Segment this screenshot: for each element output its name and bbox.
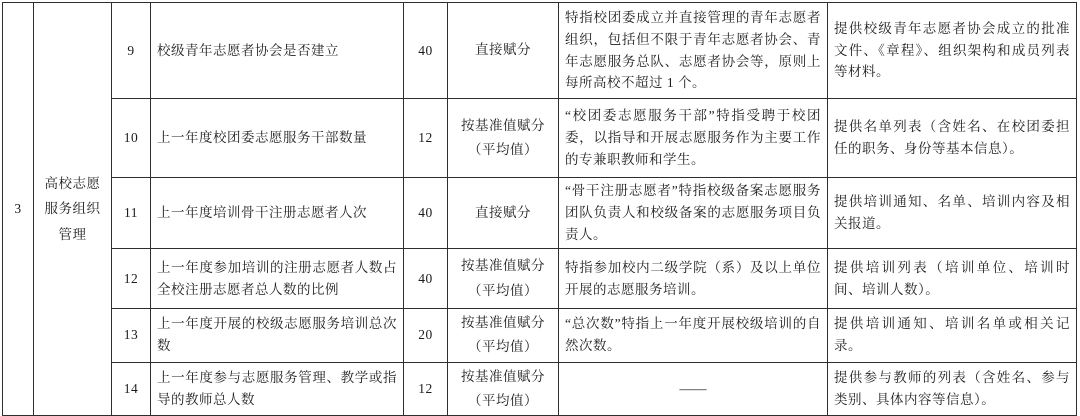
table-row: 10 上一年度校团委志愿服务干部数量 12 按基准值赋分 （平均值） “校团委志…	[3, 99, 1077, 178]
item-no-cell: 12	[112, 249, 151, 309]
materials-cell: 提供培训通知、名单、培训内容及相关报道。	[828, 178, 1077, 249]
item-desc-text: 上一年度培训骨干注册志愿者人次	[157, 202, 397, 224]
materials-cell: 提供培训通知、培训名单或相关记录。	[828, 309, 1077, 363]
table-row: 11 上一年度培训骨干注册志愿者人次 40 直接赋分 “骨干注册志愿者”特指校级…	[3, 178, 1077, 249]
materials-cell: 提供名单列表（含姓名、在校团委担任的职务、身份等基本信息）。	[828, 99, 1077, 178]
table-row: 12 上一年度参加培训的注册志愿者人数占全校注册志愿者总人数的比例 40 按基准…	[3, 249, 1077, 309]
score-cell: 40	[404, 178, 448, 249]
method-line2: （平均值）	[454, 389, 552, 405]
table-row: 13 上一年度开展的校级志愿服务培训总次数 20 按基准值赋分 （平均值） “总…	[3, 309, 1077, 363]
item-desc-cell: 上一年度开展的校级志愿服务培训总次数	[151, 309, 404, 363]
method-cell: 按基准值赋分 （平均值）	[448, 309, 559, 363]
method-line1: 直接赋分	[454, 38, 552, 62]
explanation-cell: 特指参加校内二级学院（系）及以上单位开展的志愿服务培训。	[559, 249, 828, 309]
materials-text: 提供参与教师的列表（含姓名、参与类别、具体内容等信息）。	[834, 367, 1070, 405]
method-line1: 按基准值赋分	[454, 254, 552, 278]
category-label: 高校志愿服务组织管理	[42, 171, 104, 248]
method-line2: （平均值）	[454, 138, 552, 162]
materials-text: 提供校级青年志愿者协会成立的批准文件、《章程》、组织架构和成员列表等材料。	[834, 18, 1070, 84]
evaluation-table: 3 高校志愿服务组织管理 9 校级青年志愿者协会是否建立 40 直接赋分 特指校…	[2, 2, 1077, 405]
materials-text: 提供培训通知、名单、培训内容及相关报道。	[834, 191, 1070, 235]
score-cell: 20	[404, 309, 448, 363]
explanation-dash: ——	[565, 378, 821, 400]
serial-cell: 3	[3, 3, 34, 406]
document-page: 3 高校志愿服务组织管理 9 校级青年志愿者协会是否建立 40 直接赋分 特指校…	[0, 0, 1080, 405]
explanation-cell: “总次数”特指上一年度开展校级培训的自然次数。	[559, 309, 828, 363]
score-cell: 40	[404, 249, 448, 309]
method-line2: （平均值）	[454, 279, 552, 303]
item-desc-text: 上一年度参与志愿服务管理、教学或指导的教师总人数	[157, 367, 397, 405]
explanation-text: “骨干注册志愿者”特指校级备案志愿服务团队负责人和校级备案的志愿服务项目负责人。	[565, 180, 821, 246]
method-cell: 直接赋分	[448, 3, 559, 99]
item-desc-cell: 上一年度校团委志愿服务干部数量	[151, 99, 404, 178]
item-desc-text: 校级青年志愿者协会是否建立	[157, 40, 397, 62]
explanation-cell: “校团委志愿服务干部”特指受聘于校团委，以指导和开展志愿服务作为主要工作的专兼职…	[559, 99, 828, 178]
item-desc-cell: 上一年度参加培训的注册志愿者人数占全校注册志愿者总人数的比例	[151, 249, 404, 309]
materials-cell: 提供参与教师的列表（含姓名、参与类别、具体内容等信息）。	[828, 362, 1077, 405]
table-row: 14 上一年度参与志愿服务管理、教学或指导的教师总人数 12 按基准值赋分 （平…	[3, 362, 1077, 405]
explanation-text: 特指参加校内二级学院（系）及以上单位开展的志愿服务培训。	[565, 257, 821, 301]
category-cell: 高校志愿服务组织管理	[34, 3, 112, 406]
item-no-cell: 9	[112, 3, 151, 99]
explanation-text: “校团委志愿服务干部”特指受聘于校团委，以指导和开展志愿服务作为主要工作的专兼职…	[565, 105, 821, 171]
table-row: 3 高校志愿服务组织管理 9 校级青年志愿者协会是否建立 40 直接赋分 特指校…	[3, 3, 1077, 99]
explanation-text: 特指校团委成立并直接管理的青年志愿者组织，包括但不限于青年志愿者协会、青年志愿服…	[565, 7, 821, 94]
score-cell: 40	[404, 3, 448, 99]
item-desc-text: 上一年度参加培训的注册志愿者人数占全校注册志愿者总人数的比例	[157, 257, 397, 301]
materials-text: 提供培训列表（培训单位、培训时间、培训人数）。	[834, 257, 1070, 301]
item-no-cell: 11	[112, 178, 151, 249]
item-desc-text: 上一年度开展的校级志愿服务培训总次数	[157, 313, 397, 357]
method-line1: 按基准值赋分	[454, 311, 552, 335]
method-line2: （平均值）	[454, 335, 552, 359]
item-desc-cell: 校级青年志愿者协会是否建立	[151, 3, 404, 99]
explanation-cell: “骨干注册志愿者”特指校级备案志愿服务团队负责人和校级备案的志愿服务项目负责人。	[559, 178, 828, 249]
item-no-cell: 10	[112, 99, 151, 178]
score-cell: 12	[404, 362, 448, 405]
method-line1: 直接赋分	[454, 201, 552, 225]
explanation-text: “总次数”特指上一年度开展校级培训的自然次数。	[565, 313, 821, 357]
method-cell: 按基准值赋分 （平均值）	[448, 362, 559, 405]
item-desc-text: 上一年度校团委志愿服务干部数量	[157, 127, 397, 149]
method-cell: 按基准值赋分 （平均值）	[448, 99, 559, 178]
method-line1: 按基准值赋分	[454, 365, 552, 389]
item-desc-cell: 上一年度参与志愿服务管理、教学或指导的教师总人数	[151, 362, 404, 405]
method-cell: 直接赋分	[448, 178, 559, 249]
explanation-cell: 特指校团委成立并直接管理的青年志愿者组织，包括但不限于青年志愿者协会、青年志愿服…	[559, 3, 828, 99]
explanation-cell: ——	[559, 362, 828, 405]
materials-text: 提供名单列表（含姓名、在校团委担任的职务、身份等基本信息）。	[834, 116, 1070, 160]
materials-cell: 提供校级青年志愿者协会成立的批准文件、《章程》、组织架构和成员列表等材料。	[828, 3, 1077, 99]
materials-cell: 提供培训列表（培训单位、培训时间、培训人数）。	[828, 249, 1077, 309]
method-cell: 按基准值赋分 （平均值）	[448, 249, 559, 309]
item-no-cell: 13	[112, 309, 151, 363]
item-desc-cell: 上一年度培训骨干注册志愿者人次	[151, 178, 404, 249]
materials-text: 提供培训通知、培训名单或相关记录。	[834, 313, 1070, 357]
method-line1: 按基准值赋分	[454, 114, 552, 138]
score-cell: 12	[404, 99, 448, 178]
item-no-cell: 14	[112, 362, 151, 405]
